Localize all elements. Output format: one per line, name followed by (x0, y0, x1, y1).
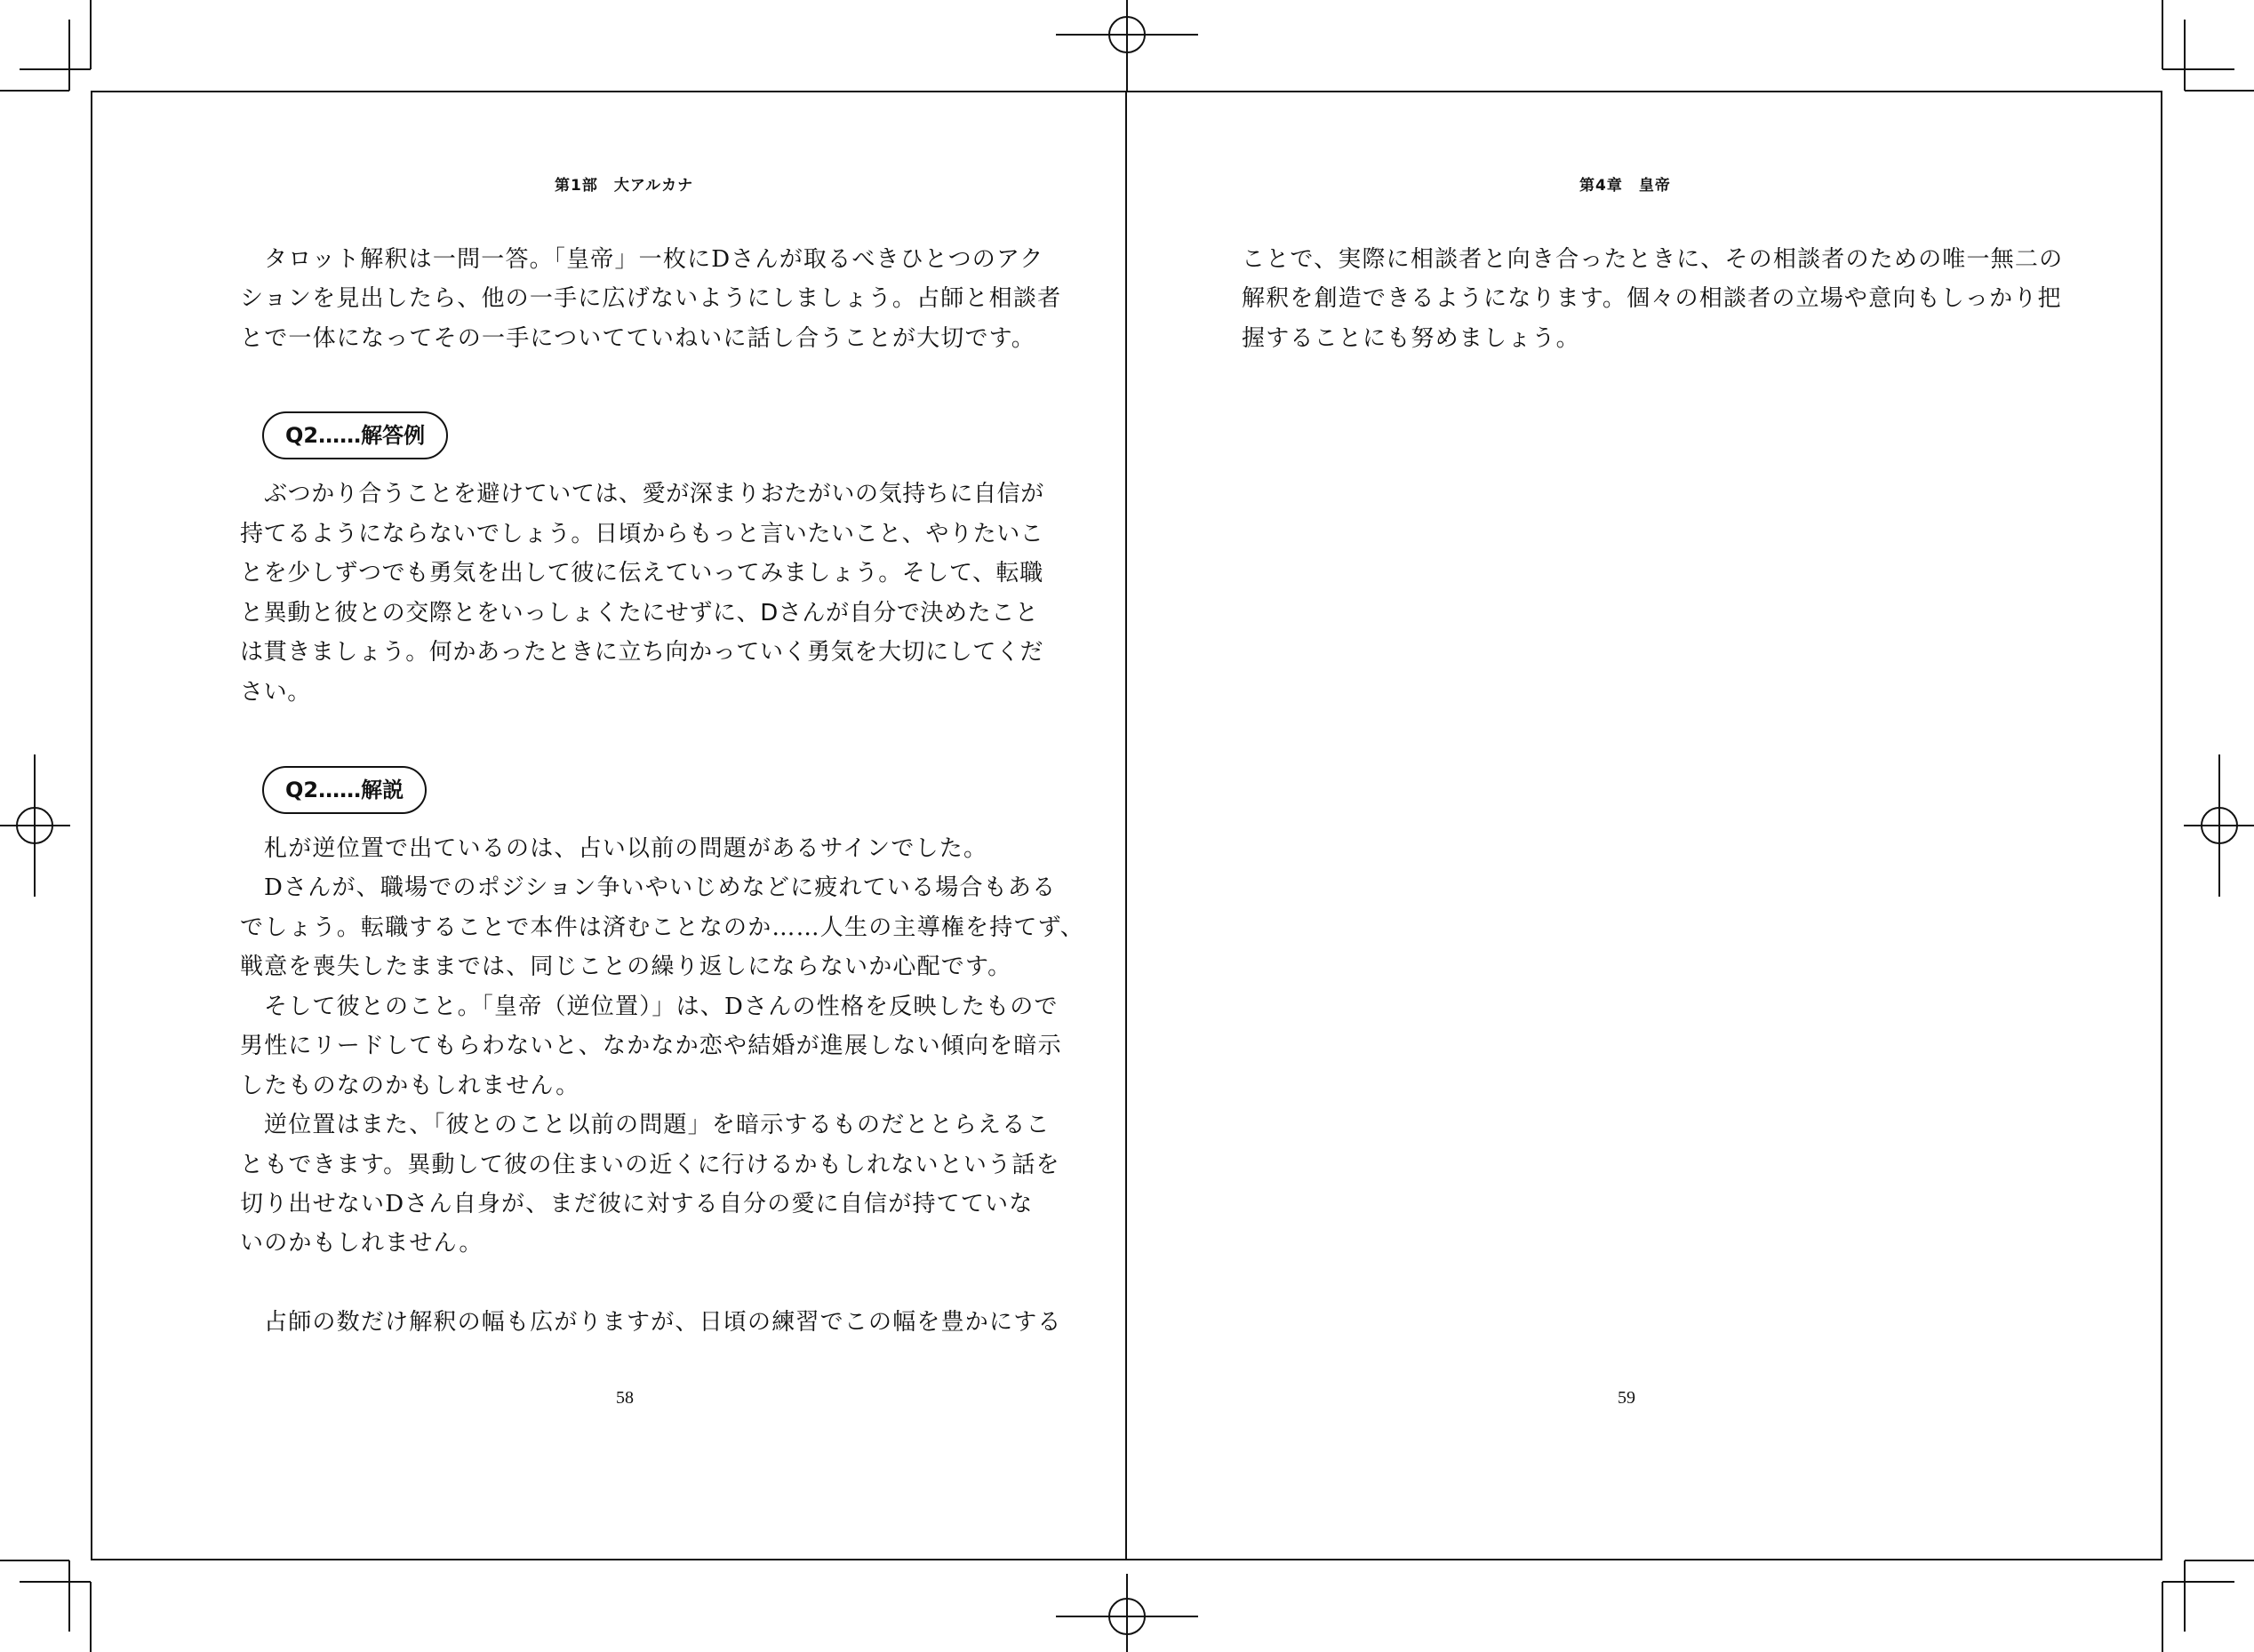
text-line: 占師の数だけ解釈の幅も広がりますが、日頃の練習でこの幅を豊かにする (240, 1305, 1062, 1340)
text-line: さい。 (240, 674, 311, 710)
text-line: 札が逆位置で出ているのは、占い以前の問題があるサインでした。 (240, 831, 987, 866)
text-line: 戦意を喪失したままでは、同じことの繰り返しにならないか心配です。 (240, 949, 1011, 985)
text-line: 逆位置はまた、「彼とのこと以前の問題」を暗示するものだととらえるこ (240, 1107, 1051, 1143)
text-line: 切り出せないDさん自身が、まだ彼に対する自分の愛に自信が持てていな (240, 1186, 1033, 1222)
text-line: 男性にリードしてもらわないと、なかなか恋や結婚が進展しない傾向を暗示 (240, 1028, 1062, 1064)
text-line: ションを見出したら、他の一手に広げないようにしましょう。占師と相談者 (240, 281, 1061, 316)
text-line: いのかもしれません。 (240, 1225, 484, 1261)
left-page-number: 58 (616, 1388, 634, 1409)
text-line: タロット解釈は一問一答。「皇帝」一枚にDさんが取るべきひとつのアク (240, 242, 1044, 277)
text-line: Dさんが、職場でのポジション争いやいじめなどに疲れている場合もある (240, 870, 1056, 906)
text-line: 持てるようにならないでしょう。日頃からもっと言いたいこと、やりたいこ (240, 516, 1043, 552)
text-line: と異動と彼との交際とをいっしょくたにせずに、Dさんが自分で決めたこと (240, 595, 1038, 631)
spread-gutter-line (1125, 91, 1127, 1560)
text-line: 解釈を創造できるようになります。個々の相談者の立場や意向もしっかり把 (1242, 281, 2062, 316)
left-running-head: 第1部 大アルカナ (555, 172, 693, 195)
text-line: 握することにも努めましょう。 (1242, 321, 1580, 356)
text-line: でしょう。転職することで本件は済むことなのか……人生の主導権を持てず、 (240, 910, 1084, 946)
section-heading-commentary: Q2……解説 (262, 766, 427, 814)
text-line: ともできます。異動して彼の住まいの近くに行けるかもしれないという話を (240, 1147, 1060, 1183)
text-line: したものなのかもしれません。 (240, 1068, 579, 1104)
section-heading-answer: Q2……解答例 (262, 411, 448, 459)
right-page-number: 59 (1618, 1388, 1635, 1409)
right-running-head: 第4章 皇帝 (1579, 172, 1671, 195)
text-line: は貫きましょう。何かあったときに立ち向かっていく勇気を大切にしてくだ (240, 634, 1043, 670)
text-line: ぶつかり合うことを避けていては、愛が深まりおたがいの気持ちに自信が (240, 476, 1044, 512)
text-line: そして彼とのこと。「皇帝（逆位置）」は、Dさんの性格を反映したもので (240, 989, 1059, 1025)
text-line: とを少しずつでも勇気を出して彼に伝えていってみましょう。そして、転職 (240, 555, 1043, 591)
text-line: ことで、実際に相談者と向き合ったときに、その相談者のための唯一無二の (1242, 242, 2063, 277)
text-line: とで一体になってその一手についてていねいに話し合うことが大切です。 (240, 321, 1035, 356)
